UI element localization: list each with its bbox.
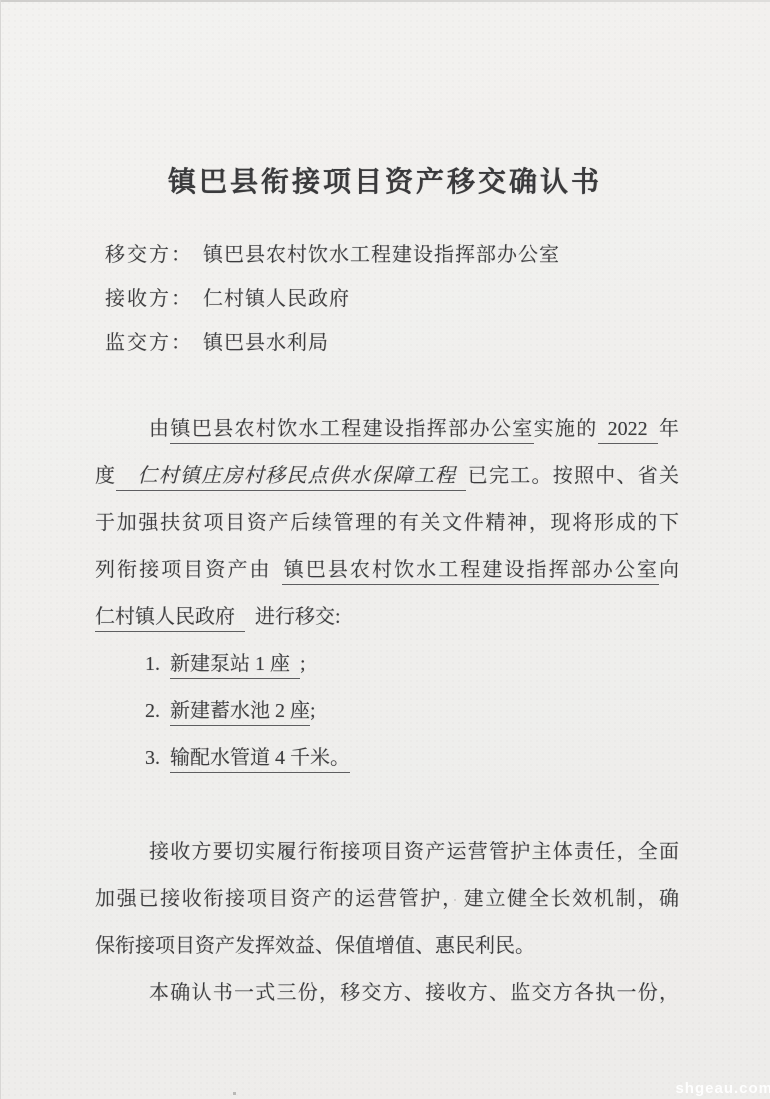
body-text: ; xyxy=(300,653,306,675)
text-line: 1. 新建泵站 1 座 ; xyxy=(95,641,679,688)
text-line: 本确认书一式三份，移交方、接收方、监交方各执一份， xyxy=(95,970,679,1017)
fill-in-blank-text: 输配水管道 4 千米。 xyxy=(170,747,350,773)
body-text: 列衔接项目资产由 xyxy=(95,559,272,581)
text-line: 接收方要切实履行衔接项目资产运营管护主体责任，全面 xyxy=(95,829,679,876)
scan-top-edge xyxy=(0,0,770,2)
text-line: 2. 新建蓄水池 2 座; xyxy=(95,688,679,735)
text-line: 于加强扶贫项目资产后续管理的有关文件精神，现将形成的下 xyxy=(95,500,679,547)
body-text xyxy=(272,559,282,581)
scan-speck xyxy=(454,899,456,901)
body-text: 度 xyxy=(95,465,116,487)
body-text: 1. xyxy=(145,653,170,675)
text-line: 加强已接收衔接项目资产的运营管护，建立健全长效机制，确 xyxy=(95,876,679,923)
text-line: 仁村镇人民政府 进行移交: xyxy=(95,594,679,641)
party-name: 仁村镇人民政府 xyxy=(203,288,350,310)
parties-section: 移交方：镇巴县农村饮水工程建设指挥部办公室接收方：仁村镇人民政府监交方：镇巴县水… xyxy=(105,233,560,365)
body-text: 向 xyxy=(659,559,679,581)
body-text: ; xyxy=(310,700,316,722)
party-row: 接收方：仁村镇人民政府 xyxy=(105,277,560,321)
fill-in-blank-text: 仁村镇庄房村移民点供水保障工程 xyxy=(138,465,457,491)
body-text: 年 xyxy=(658,418,679,440)
text-line: 度 仁村镇庄房村移民点供水保障工程 已完工。按照中、省关 xyxy=(95,453,679,500)
body-text: 接收方要切实履行衔接项目资产运营管护主体责任，全面 xyxy=(149,841,679,863)
party-role-label: 接收方： xyxy=(105,288,193,310)
fill-in-blank-text: 镇巴县农村饮水工程建设指挥部办公室 xyxy=(170,418,533,444)
party-role-label: 监交方： xyxy=(105,332,193,354)
body-text: 本确认书一式三份，移交方、接收方、监交方各执一份， xyxy=(149,982,679,1004)
body-text: 已完工。按照中、省关 xyxy=(466,465,679,487)
text-line xyxy=(95,782,679,829)
fill-in-blank-text: 新建蓄水池 2 座 xyxy=(170,700,310,726)
party-name: 镇巴县农村饮水工程建设指挥部办公室 xyxy=(203,244,560,266)
fill-in-blank-text: 仁村镇人民政府 xyxy=(95,606,245,632)
body-text: 3. xyxy=(145,747,170,769)
document-title: 镇巴县衔接项目资产移交确认书 xyxy=(0,165,770,201)
party-role-label: 移交方： xyxy=(105,244,193,266)
body-text: 加强已接收衔接项目资产的运营管护，建立健全长效机制，确 xyxy=(95,888,679,910)
body-text: 进行移交: xyxy=(245,606,341,628)
text-line: 保衔接项目资产发挥效益、保值增值、惠民利民。 xyxy=(95,923,679,970)
scan-speck xyxy=(233,1092,236,1095)
body-text: 于加强扶贫项目资产后续管理的有关文件精神，现将形成的下 xyxy=(95,512,679,534)
body-text: 实施的 xyxy=(534,418,598,440)
fill-in-blank-text: 新建泵站 1 座 xyxy=(170,653,300,679)
site-watermark: shgeau.com xyxy=(675,1080,770,1097)
body-text: 2. xyxy=(145,700,170,722)
party-row: 监交方：镇巴县水利局 xyxy=(105,321,560,365)
fill-in-blank-text xyxy=(116,465,137,491)
text-line: 由镇巴县农村饮水工程建设指挥部办公室实施的 2022 年 xyxy=(95,406,679,453)
fill-in-blank-text: 2022 xyxy=(598,418,658,444)
body-text: 保衔接项目资产发挥效益、保值增值、惠民利民。 xyxy=(95,935,535,957)
fill-in-blank-text: 镇巴县农村饮水工程建设指挥部办公室 xyxy=(282,559,659,585)
party-name: 镇巴县水利局 xyxy=(203,332,329,354)
body-text: 由 xyxy=(149,418,170,440)
text-line: 3. 输配水管道 4 千米。 xyxy=(95,735,679,782)
text-line: 列衔接项目资产由 镇巴县农村饮水工程建设指挥部办公室向 xyxy=(95,547,679,594)
fill-in-blank-text xyxy=(456,465,466,491)
party-row: 移交方：镇巴县农村饮水工程建设指挥部办公室 xyxy=(105,233,560,277)
document-body: 由镇巴县农村饮水工程建设指挥部办公室实施的 2022 年度 仁村镇庄房村移民点供… xyxy=(95,406,679,1017)
scanned-document-page: { "document": { "title": "镇巴县衔接项目资产移交确认书… xyxy=(0,0,770,1099)
